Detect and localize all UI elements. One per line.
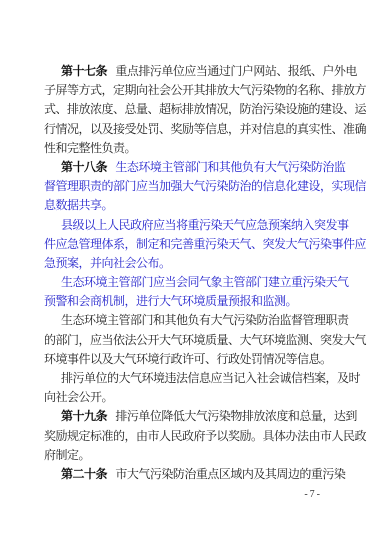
article-heading: 第十八条 [61, 160, 107, 174]
text-line: 息数据共享。 [44, 196, 356, 215]
line-text: 环境事件以及大气环境行政许可、行政处罚情况等信息。 [44, 352, 332, 366]
line-text: 向社会公开。 [44, 390, 113, 404]
line-text: 重点排污单位应当通过门户网站、报纸、户外电 [115, 64, 357, 78]
line-text: 排污单位的大气环境违法信息应当记入社会诚信档案，及时 [61, 371, 360, 385]
line-text: 行情况，以及接受处罚、奖励等信息，并对信息的真实性、准确 [44, 122, 366, 136]
document-page: 第十七条重点排污单位应当通过门户网站、报纸、户外电 子屏等方式，定期向社会公开其… [0, 0, 390, 551]
line-text: 息数据共享。 [44, 198, 113, 212]
line-text: 生态环境主管部门和其他负有大气污染防治监 [115, 160, 345, 174]
text-line: 奖励规定标准的，由市人民政府予以奖励。具体办法由市人民政 [44, 427, 356, 446]
text-line: 性和完整性负责。 [44, 139, 356, 158]
text-line: 第二十条市大气污染防治重点区域内及其周边的重污染 [44, 465, 356, 484]
article-heading: 第二十条 [61, 467, 107, 481]
text-line: 子屏等方式，定期向社会公开其排放大气污染物的名称、排放方 [44, 81, 356, 100]
line-text: 生态环境主管部门和其他负有大气污染防治监督管理职责 [61, 313, 349, 327]
line-text: 子屏等方式，定期向社会公开其排放大气污染物的名称、排放方 [44, 83, 366, 97]
text-line: 向社会公开。 [44, 388, 356, 407]
line-text: 件应急管理体系，制定和完善重污染天气、突发大气污染事件应 [44, 237, 366, 251]
text-line: 县级以上人民政府应当将重污染天气应急预案纳入突发事 [44, 216, 356, 235]
line-text: 督管理职责的部门应当加强大气污染防治的信息化建设，实现信 [44, 179, 366, 193]
page-number: -7- [44, 489, 356, 500]
line-text: 的部门，应当依法公开大气环境质量、大气环境监测、突发大气 [44, 333, 366, 347]
line-text: 府制定。 [44, 448, 90, 462]
line-text: 排污单位降低大气污染物排放浓度和总量，达到 [115, 409, 357, 423]
line-text: 奖励规定标准的，由市人民政府予以奖励。具体办法由市人民政 [44, 429, 366, 443]
text-line: 式、排放浓度、总量、超标排放情况，防治污染设施的建设、运 [44, 100, 356, 119]
article-heading: 第十九条 [61, 409, 107, 423]
text-line: 督管理职责的部门应当加强大气污染防治的信息化建设，实现信 [44, 177, 356, 196]
text-line: 生态环境主管部门和其他负有大气污染防治监督管理职责 [44, 311, 356, 330]
line-text: 市大气污染防治重点区域内及其周边的重污染 [115, 467, 345, 481]
line-text: 性和完整性负责。 [44, 141, 136, 155]
text-line: 行情况，以及接受处罚、奖励等信息，并对信息的真实性、准确 [44, 120, 356, 139]
text-line: 的部门，应当依法公开大气环境质量、大气环境监测、突发大气 [44, 331, 356, 350]
text-line: 件应急管理体系，制定和完善重污染天气、突发大气污染事件应 [44, 235, 356, 254]
article-heading: 第十七条 [61, 64, 107, 78]
text-line: 第十八条生态环境主管部门和其他负有大气污染防治监 [44, 158, 356, 177]
line-text: 急预案，并向社会公布。 [44, 256, 171, 270]
line-text: 式、排放浓度、总量、超标排放情况，防治污染设施的建设、运 [44, 102, 366, 116]
line-text: 预警和会商机制，进行大气环境质量预报和监测。 [44, 294, 297, 308]
text-line: 生态环境主管部门应当会同气象主管部门建立重污染天气 [44, 273, 356, 292]
text-line: 第十七条重点排污单位应当通过门户网站、报纸、户外电 [44, 62, 356, 81]
text-line: 预警和会商机制，进行大气环境质量预报和监测。 [44, 292, 356, 311]
line-text: 县级以上人民政府应当将重污染天气应急预案纳入突发事 [61, 218, 349, 232]
text-line: 府制定。 [44, 446, 356, 465]
text-line: 急预案，并向社会公布。 [44, 254, 356, 273]
text-line: 排污单位的大气环境违法信息应当记入社会诚信档案，及时 [44, 369, 356, 388]
line-text: 生态环境主管部门应当会同气象主管部门建立重污染天气 [61, 275, 349, 289]
text-line: 第十九条排污单位降低大气污染物排放浓度和总量，达到 [44, 407, 356, 426]
text-line: 环境事件以及大气环境行政许可、行政处罚情况等信息。 [44, 350, 356, 369]
